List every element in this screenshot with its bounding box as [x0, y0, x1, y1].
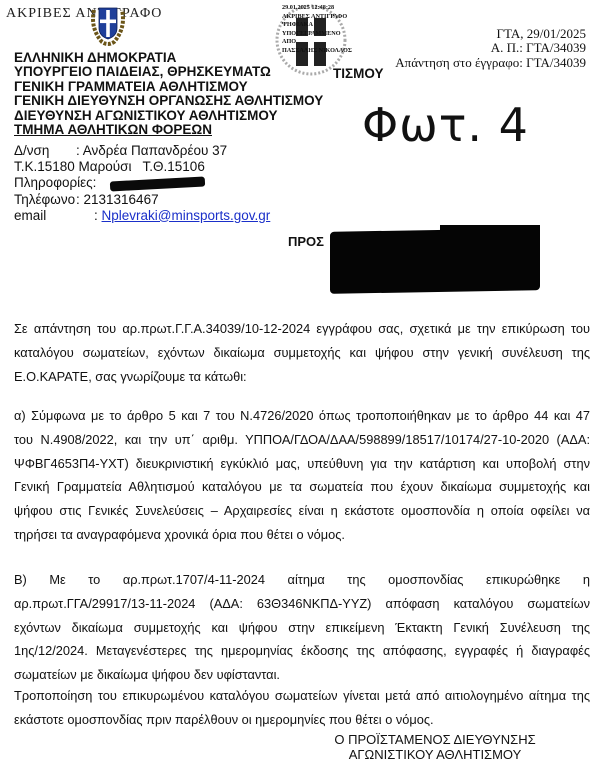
signatory-title: Ο ΠΡΟΪΣΤΑΜΕΝΟΣ ΔΙΕΥΘΥΝΣΗΣ [290, 732, 580, 747]
recipient-label: ΠΡΟΣ [288, 234, 324, 249]
paragraph-a: α) Σύμφωνα με το άρθρο 5 και 7 του Ν.472… [14, 404, 590, 547]
signatory-department: ΑΓΩΝΙΣΤΙΚΟΥ ΑΘΛΗΤΙΣΜΟΥ [290, 747, 580, 762]
text-line: α) Σύμφωνα με το άρθρο 5 και 7 του Ν.472… [14, 404, 590, 428]
greek-emblem-icon [88, 2, 128, 48]
address-value: : Ανδρέα Παπανδρέου 37 [76, 143, 227, 158]
phone-label: Τηλέφωνο [14, 192, 76, 208]
reference-block: ΓΤΑ, 29/01/2025 Α. Π.: ΓΤΑ/34039 Απάντησ… [395, 27, 586, 70]
header-line: ΔΙΕΥΘΥΝΣΗ ΑΓΩΝΙΣΤΙΚΟΥ ΑΘΛΗΤΙΣΜΟΥ [14, 109, 323, 123]
text-line: αρ.πρωτ.ΓΓΑ/29917/13-11-2024 (ΑΔΑ: 63Θ34… [14, 592, 590, 616]
header-line: ΥΠΟΥΡΓΕΙΟ ΠΑΙΔΕΙΑΣ, ΘΡΗΣΚΕΥΜΑΤΩ [14, 65, 323, 79]
recipient-redaction [330, 228, 540, 294]
header-line: ΓΕΝΙΚΗ ΔΙΕΥΘΥΝΣΗ ΟΡΓΑΝΩΣΗΣ ΑΘΛΗΤΙΣΜΟΥ [14, 94, 323, 108]
address-label: Δ/νση [14, 143, 76, 159]
postal-info: Τ.Κ.15180 Μαρούσι Τ.Θ.15106 [14, 159, 270, 175]
paragraph-amendment: Τροποποίηση του επικυρωμένου καταλόγου σ… [14, 684, 590, 732]
protocol-number: Α. Π.: ΓΤΑ/34039 [395, 41, 586, 55]
text-line: Γενική Γραμματεία Αθλητισμού καταλόγου μ… [14, 475, 590, 499]
text-line: Σε απάντηση του αρ.πρωτ.Γ.Γ.Α.34039/10-1… [14, 317, 590, 341]
place-date: ΓΤΑ, 29/01/2025 [395, 27, 586, 41]
text-line: Τροποποίηση του επικυρωμένου καταλόγου σ… [14, 684, 590, 708]
text-line: 1ης/12/2024. Μεταγενέστερες της ημερομην… [14, 639, 590, 663]
signature-block: Ο ΠΡΟΪΣΤΑΜΕΝΟΣ ΔΙΕΥΘΥΝΣΗΣ ΑΓΩΝΙΣΤΙΚΟΥ ΑΘ… [290, 732, 580, 762]
text-line: εκάστοτε ομοσπονδίας πριν παρέλθουν οι η… [14, 708, 590, 732]
text-line: του Ν.4908/2022, και την υπ΄ αριθμ. ΥΠΠΟ… [14, 428, 590, 452]
text-line: Ε.Ο.ΚΑΡΑΤΕ, σας γνωρίζουμε τα κάτωθι: [14, 365, 590, 389]
text-line: Β) Με το αρ.πρωτ.1707/4-11-2024 αίτημα τ… [14, 568, 590, 592]
text-line: καταλόγου σωματείων, εχόντων δικαίωμα συ… [14, 341, 590, 365]
email-separator: : [94, 208, 98, 223]
header-line: ΕΛΛΗΝΙΚΗ ΔΗΜΟΚΡΑΤΙΑ [14, 51, 323, 65]
email-link[interactable]: Nplevraki@minsports.gov.gr [102, 208, 271, 223]
copy-stamp-label: ΑΚΡΙΒΕΣ ΑΝΤΙΓΡΑΦΟ [6, 6, 162, 22]
phone-value: : 2131316467 [76, 192, 159, 207]
header-line: ΓΕΝΙΚΗ ΓΡΑΜΜΑΤΕΙΑ ΑΘΛΗΤΙΣΜΟΥ [14, 80, 323, 94]
recipient-redaction [440, 225, 540, 237]
header-line-tail: ΤΙΣΜΟΥ [333, 66, 383, 81]
text-line: τηρήσει τα αναγραφόμενα χρονικά όρια που… [14, 523, 590, 547]
paragraph-b: Β) Με το αρ.πρωτ.1707/4-11-2024 αίτημα τ… [14, 568, 590, 687]
department-name: ΤΜΗΜΑ ΑΘΛΗΤΙΚΩΝ ΦΟΡΕΩΝ [14, 123, 323, 137]
text-line: ΨΦΒΓ4653Π4-ΥΧΤ) διευκρινιστική εγκύκλιό … [14, 452, 590, 476]
text-line: ψήφου στις Γενικές Συνελεύσεις – Αρχαιρε… [14, 499, 590, 523]
email-label: email [14, 208, 94, 224]
seal-text: 29.01.2025 12:48:28 ΑΚΡΙΒΕΣ ΑΝΤΙΓΡΑΦΟ ΨΗ… [282, 4, 352, 56]
paragraph-intro: Σε απάντηση του αρ.πρωτ.Γ.Γ.Α.34039/10-1… [14, 317, 590, 388]
issuer-header: ΕΛΛΗΝΙΚΗ ΔΗΜΟΚΡΑΤΙΑ ΥΠΟΥΡΓΕΙΟ ΠΑΙΔΕΙΑΣ, … [14, 51, 323, 137]
text-line: εχόντων δικαίωμα συμμετοχής και ψήφου στ… [14, 616, 590, 640]
photo-label: Φωτ. 4 [362, 98, 529, 152]
reply-to: Απάντηση στο έγγραφο: ΓΤΑ/34039 [395, 56, 586, 70]
